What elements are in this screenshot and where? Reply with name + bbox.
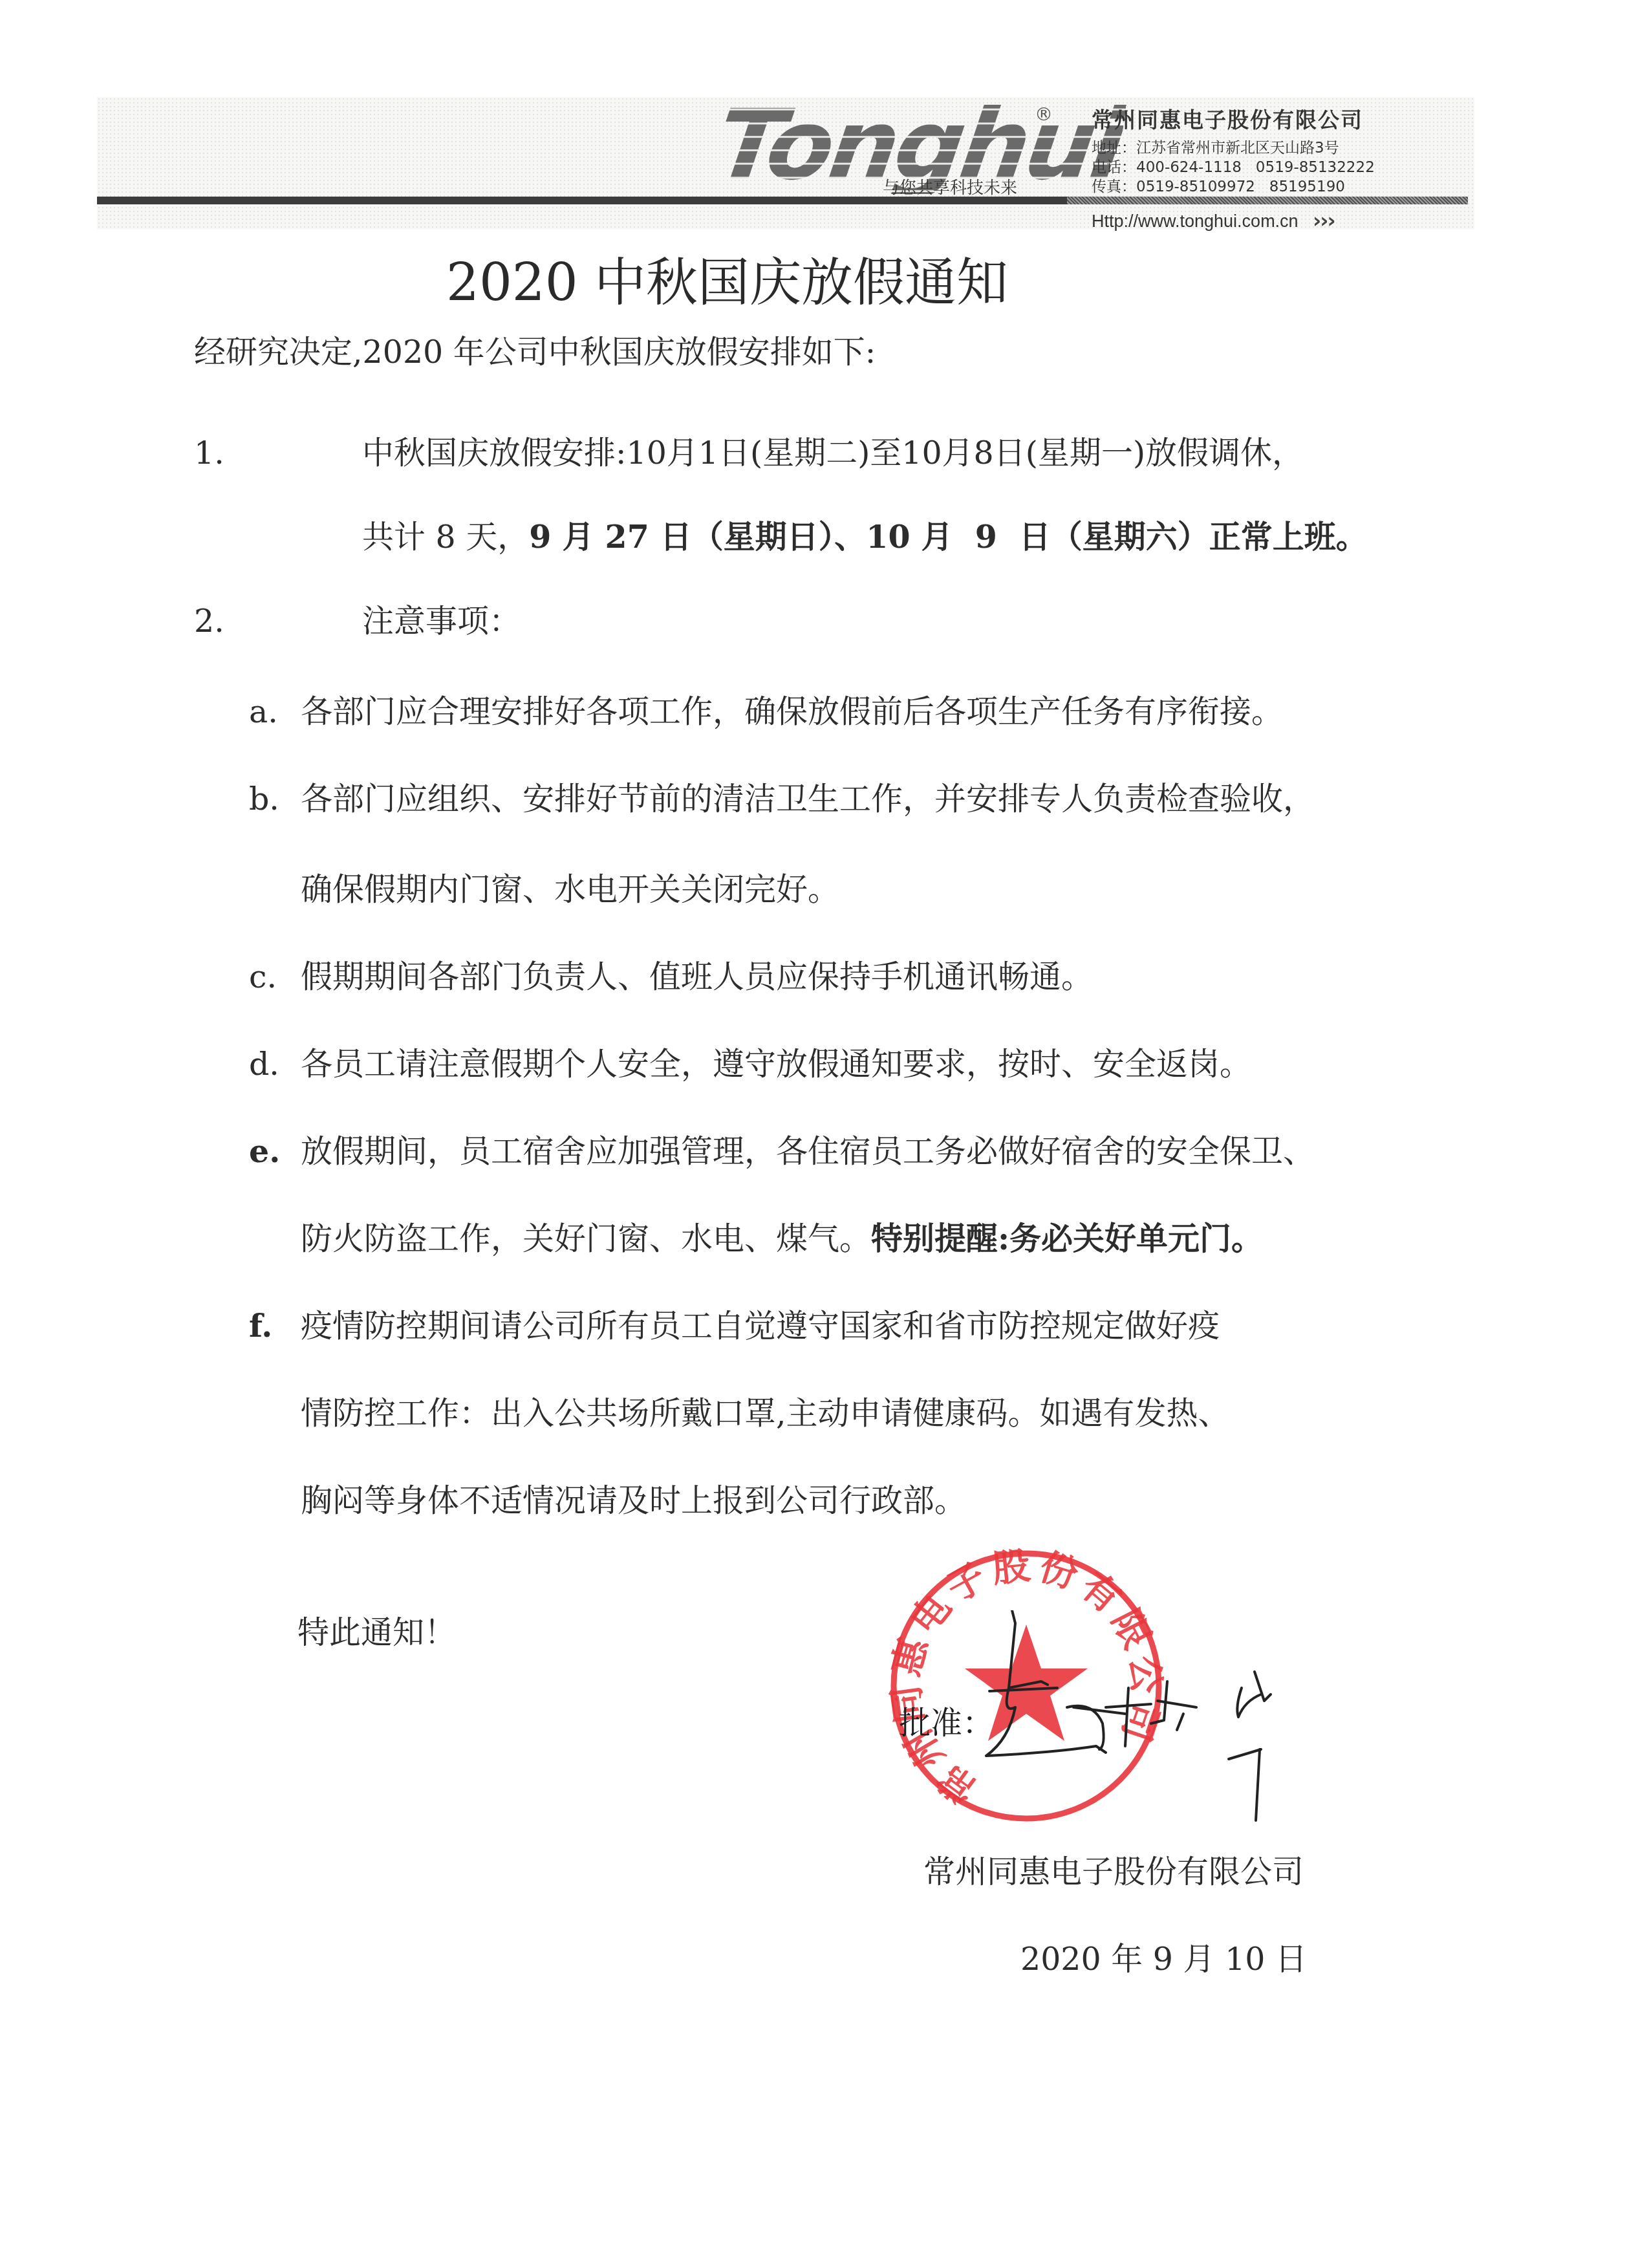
subitem-b-label: b. <box>249 783 279 815</box>
letterhead-url[interactable]: Http://www.tonghui.com.cn <box>1092 211 1299 232</box>
item-1-number: 1. <box>194 437 224 469</box>
registered-mark-icon: ® <box>1035 103 1053 125</box>
subitem-f-line1: 疫情防控期间请公司所有员工自觉遵守国家和省市防控规定做好疫 <box>301 1310 1220 1342</box>
subitem-e-line1: 放假期间，员工宿舍应加强管理，各住宿员工务必做好宿舍的安全保卫、 <box>301 1136 1315 1167</box>
letterhead-company-name: 常州同惠电子股份有限公司 <box>1092 103 1363 134</box>
subitem-a-line1: 各部门应合理安排好各项工作，确保放假前后各项生产任务有序衔接。 <box>301 696 1283 728</box>
letterhead-phone: 电话：400-624-1118 0519-85132222 <box>1092 155 1375 177</box>
arrows-icon: ››› <box>1313 208 1335 233</box>
subitem-f-line2: 情防控工作：出入公共场所戴口罩,主动申请健康码。如遇有发热、 <box>301 1398 1230 1429</box>
letterhead-address: 地址：江苏省常州市新北区天山路3号 <box>1092 136 1339 157</box>
subitem-d-line1: 各员工请注意假期个人安全，遵守放假通知要求，按时、安全返岗。 <box>301 1048 1251 1080</box>
subitem-f-label: f. <box>249 1310 272 1342</box>
subitem-e-label: e. <box>249 1136 280 1167</box>
subitem-e-line2: 防火防盗工作，关好门窗、水电、煤气。特别提醒:务必关好单元门。 <box>301 1223 1263 1255</box>
subitem-d-label: d. <box>249 1048 279 1080</box>
logo-slogan: 与您共享科技未来 <box>883 175 1017 199</box>
special-reminder: 特别提醒:务必关好单元门。 <box>871 1220 1263 1257</box>
signature-company-name: 常州同惠电子股份有限公司 <box>923 1856 1304 1888</box>
document-title: 2020 中秋国庆放假通知 <box>446 241 1008 315</box>
item-1-line1: 中秋国庆放假安排:10月1日(星期二)至10月8日(星期一)放假调休， <box>362 437 1304 469</box>
document-date: 2020 年 9 月 10 日 <box>1020 1943 1307 1975</box>
subitem-c-line1: 假期期间各部门负责人、值班人员应保持手机通讯畅通。 <box>301 961 1093 993</box>
subitem-f-line3: 胸闷等身体不适情况请及时上报到公司行政部。 <box>301 1485 966 1517</box>
subitem-a-label: a. <box>249 696 278 728</box>
item-1-line2-bold: 9 月 27 日（星期日）、10 月 9 日（星期六）正常上班。 <box>529 518 1368 556</box>
item-2-heading: 注意事项： <box>362 605 521 637</box>
letterhead-fax: 传真：0519-85109972 85195190 <box>1092 175 1345 196</box>
letterhead-rule-hatched <box>1067 197 1468 204</box>
item-1-line2: 共计 8 天，9 月 27 日（星期日）、10 月 9 日（星期六）正常上班。 <box>362 521 1368 553</box>
item-2-number: 2. <box>194 605 224 637</box>
intro-paragraph: 经研究决定,2020 年公司中秋国庆放假安排如下: <box>194 336 876 368</box>
subitem-b-line1: 各部门应组织、安排好节前的清洁卫生工作，并安排专人负责检查验收， <box>301 783 1315 815</box>
subitem-c-label: c. <box>249 961 277 993</box>
subitem-e-line2-normal: 防火防盗工作，关好门窗、水电、煤气。 <box>301 1220 871 1257</box>
closing-text: 特此通知！ <box>297 1617 456 1648</box>
item-1-line2-normal: 共计 8 天， <box>362 519 529 556</box>
handwritten-signature <box>970 1610 1423 1824</box>
subitem-b-line2: 确保假期内门窗、水电开关关闭完好。 <box>301 874 839 905</box>
